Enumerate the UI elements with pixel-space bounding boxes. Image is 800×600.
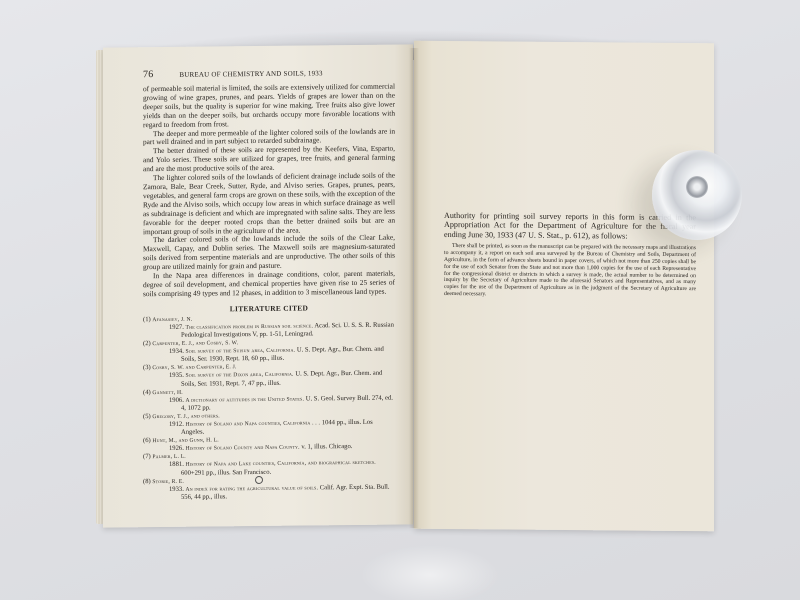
- reference-item: (5) Gregory, T. J., and others. 1912. Hi…: [143, 410, 395, 437]
- reference-list: (1) Afanasiev, J. N. 1927. The classific…: [143, 313, 395, 502]
- reference-number: (4): [143, 389, 151, 396]
- reference-title: History of Solano County and Napa County…: [186, 445, 300, 452]
- paragraph: of permeable soil material is limited, t…: [143, 83, 395, 130]
- reference-title: A dictionary of altitudes in the United …: [186, 396, 305, 403]
- reference-title: Soil survey of the Dixon area, Californi…: [186, 372, 294, 379]
- reference-number: (5): [143, 413, 151, 420]
- paragraph: In the Napa area differences in drainage…: [143, 270, 395, 299]
- reference-number: (2): [143, 340, 151, 347]
- left-page-content: 76 BUREAU OF CHEMISTRY AND SOILS, 1933 o…: [143, 67, 395, 503]
- reference-number: (3): [143, 364, 151, 371]
- running-head-title: BUREAU OF CHEMISTRY AND SOILS, 1933: [179, 69, 322, 79]
- circle-mark-icon: [255, 476, 263, 484]
- reference-title: Soil survey of the Suisun area, Californ…: [186, 348, 296, 355]
- reference-author: Hunt, M., and Gunn, H. L.: [152, 438, 218, 445]
- glass-paperweight: [652, 150, 742, 240]
- reference-author: Afanasiev, J. N.: [152, 316, 192, 322]
- surface-glare: [360, 545, 500, 600]
- reference-title: History of Solano and Napa counties, Cal…: [186, 420, 321, 427]
- reference-item: (1) Afanasiev, J. N. 1927. The classific…: [143, 313, 395, 340]
- printing-notice: There shall be printed, as soon as the m…: [444, 243, 696, 300]
- reference-item: (2) Carpenter, E. J., and Cosby, S. W. 1…: [143, 338, 395, 365]
- reference-year: 1881.: [169, 461, 184, 468]
- body-text: of permeable soil material is limited, t…: [143, 83, 395, 299]
- reference-number: (8): [143, 478, 151, 485]
- reference-year: 1906.: [169, 396, 184, 403]
- reference-item: (3) Cosby, S. W. and Carpenter, E. J. 19…: [143, 362, 395, 389]
- running-head: 76 BUREAU OF CHEMISTRY AND SOILS, 1933: [143, 67, 395, 81]
- reference-item: (7) Palmer, L. L. 1881. History of Napa …: [143, 451, 395, 478]
- reference-year: 1935.: [169, 372, 184, 379]
- right-page: Authority for printing soil survey repor…: [414, 41, 714, 532]
- paragraph: The darker colored soils of the lowlands…: [143, 234, 395, 272]
- reference-item: (8) Storie, R. E. 1933. An index for rat…: [143, 475, 395, 502]
- reference-year: 1934.: [169, 348, 184, 355]
- reference-year: 1927.: [169, 324, 184, 331]
- reference-item: (4) Gannett, H. 1906. A dictionary of al…: [143, 386, 395, 413]
- reference-author: Palmer, L. L.: [152, 454, 186, 460]
- paragraph: The lighter colored soils of the lowland…: [143, 172, 395, 237]
- reference-author: Carpenter, E. J., and Cosby, S. W.: [152, 340, 238, 347]
- reference-author: Gannett, H.: [152, 389, 182, 395]
- book-gutter: [409, 48, 419, 528]
- page-number: 76: [143, 69, 153, 80]
- left-page: 76 BUREAU OF CHEMISTRY AND SOILS, 1933 o…: [103, 44, 413, 527]
- reference-year: 1933.: [169, 485, 184, 492]
- reference-year: 1912.: [169, 421, 184, 428]
- photo-scene: 76 BUREAU OF CHEMISTRY AND SOILS, 1933 o…: [0, 0, 800, 600]
- paragraph: The better drained of these soils are re…: [143, 145, 395, 174]
- reference-number: (1): [143, 316, 151, 323]
- reference-title: The classification problem in Russian so…: [186, 323, 314, 330]
- literature-cited-heading: LITERATURE CITED: [143, 302, 395, 314]
- reference-title: An index for rating the agricultural val…: [186, 485, 319, 492]
- reference-title: History of Napa and Lake counties, Calif…: [186, 460, 376, 468]
- reference-author: Gregory, T. J., and others.: [152, 413, 220, 420]
- paperweight-core: [686, 176, 708, 198]
- reference-detail: v. 1, illus. Chicago.: [301, 443, 352, 451]
- reference-number: (7): [143, 453, 151, 460]
- reference-number: (6): [143, 437, 151, 444]
- reference-author: Storie, R. E.: [152, 478, 184, 484]
- reference-year: 1926.: [169, 445, 184, 452]
- reference-author: Cosby, S. W. and Carpenter, E. J.: [152, 365, 236, 372]
- right-page-content: Authority for printing soil survey repor…: [444, 211, 696, 300]
